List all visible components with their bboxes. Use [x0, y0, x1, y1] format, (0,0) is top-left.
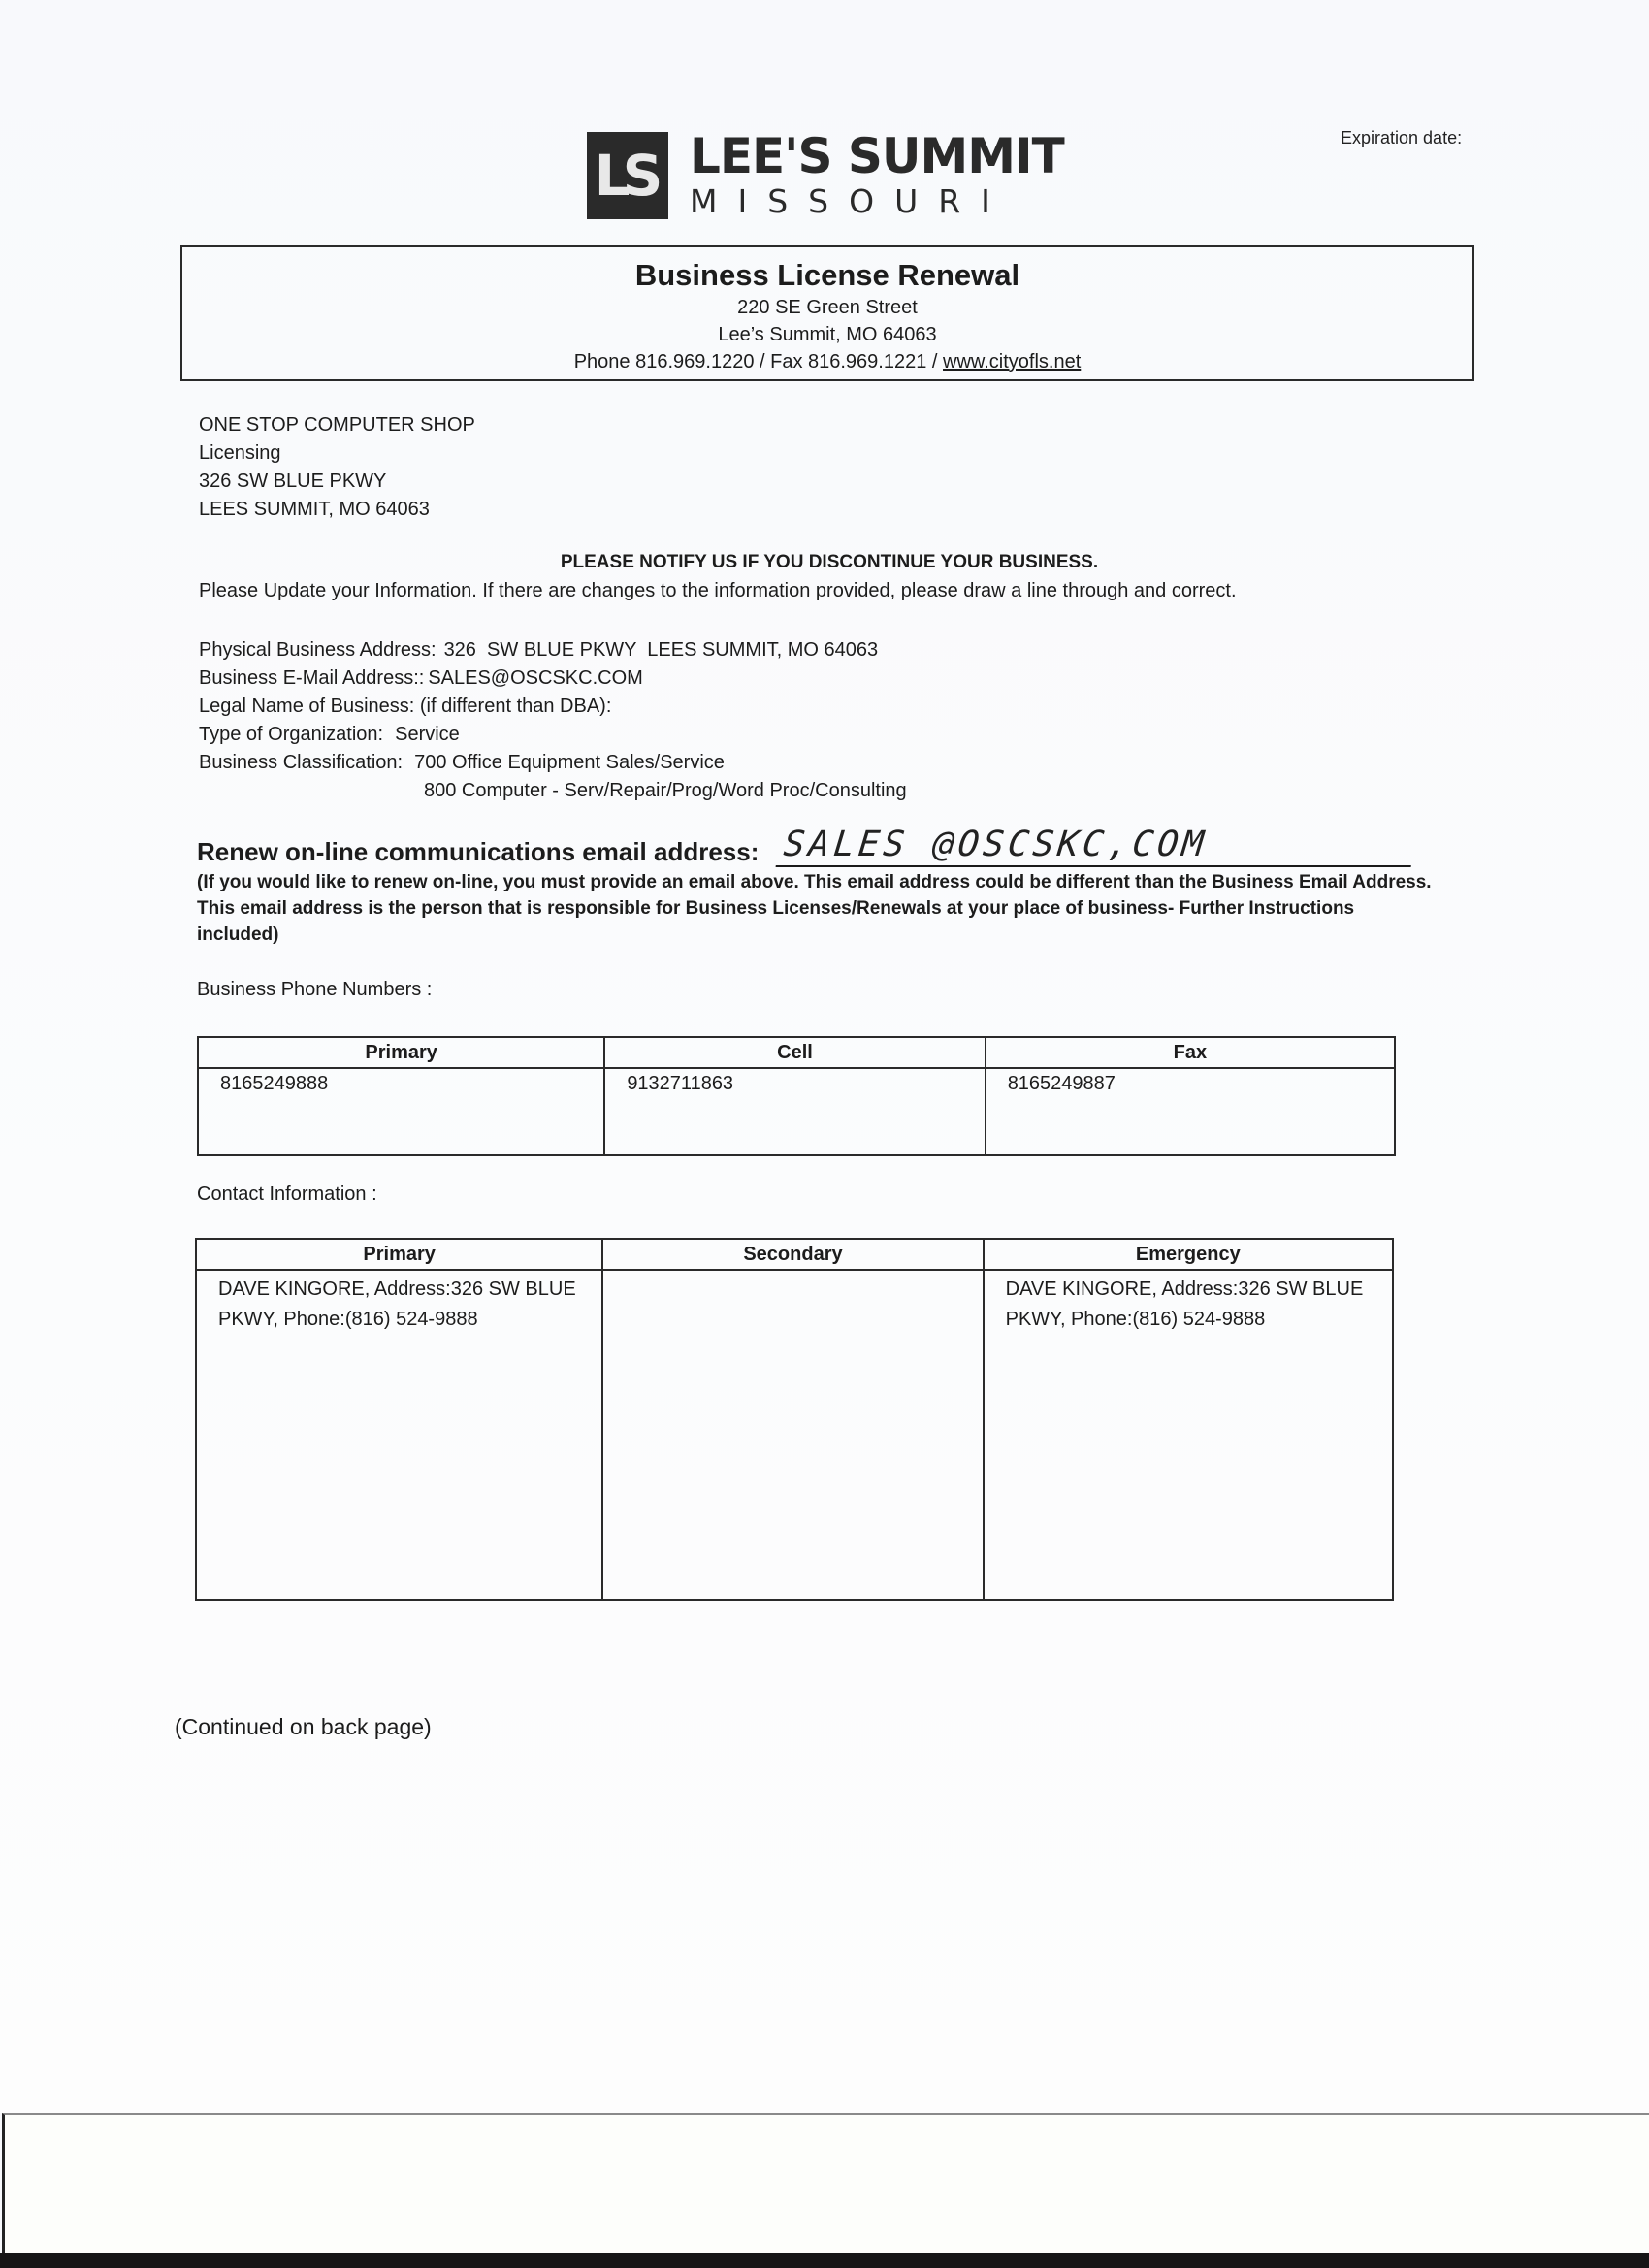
form-title: Business License Renewal [182, 257, 1472, 294]
classification-value-2: 800 Computer - Serv/Repair/Prog/Word Pro… [424, 780, 907, 801]
email-value: SALES@OSCSKC.COM [428, 667, 642, 689]
contact-col-emergency: Emergency [984, 1239, 1393, 1270]
contact-info-label: Contact Information : [197, 1183, 377, 1206]
phone-primary-value: 8165249888 [198, 1068, 604, 1155]
office-phone-fax: Phone 816.969.1220 / Fax 816.969.1221 / [574, 351, 943, 373]
phone-numbers-label: Business Phone Numbers : [197, 979, 432, 1001]
contact-emergency-value: DAVE KINGORE, Address:326 SW BLUE PKWY, … [984, 1270, 1393, 1600]
office-contact-line: Phone 816.969.1220 / Fax 816.969.1221 / … [182, 348, 1472, 375]
continued-note: (Continued on back page) [175, 1714, 432, 1740]
physical-address-row: Physical Business Address:326 SW BLUE PK… [199, 636, 907, 664]
contact-col-primary: Primary [196, 1239, 602, 1270]
scanner-edge [0, 2253, 1649, 2268]
email-label: Business E-Mail Address:: [199, 667, 424, 689]
ls-logo-icon: LS [587, 132, 668, 219]
email-row: Business E-Mail Address::SALES@OSCSKC.CO… [199, 664, 907, 693]
attention-line: Licensing [199, 439, 475, 468]
table-row: 8165249888 9132711863 8165249887 [198, 1068, 1395, 1155]
phone-col-cell: Cell [604, 1037, 985, 1068]
logo-subtitle: MISSOURI [690, 183, 1064, 220]
phone-cell-value: 9132711863 [604, 1068, 985, 1155]
update-instructions: Please Update your Information. If there… [199, 580, 1237, 602]
scanner-bed-area [2, 2113, 1649, 2258]
renew-email-field[interactable] [776, 823, 1416, 867]
office-address-line2: Lee’s Summit, MO 64063 [182, 321, 1472, 348]
org-type-value: Service [395, 724, 460, 745]
renew-email-note: (If you would like to renew on-line, you… [197, 869, 1439, 948]
table-row: DAVE KINGORE, Address:326 SW BLUE PKWY, … [196, 1270, 1393, 1600]
org-type-row: Type of Organization:Service [199, 721, 907, 749]
contact-primary-value: DAVE KINGORE, Address:326 SW BLUE PKWY, … [196, 1270, 602, 1600]
phone-col-fax: Fax [986, 1037, 1395, 1068]
classification-value-1: 700 Office Equipment Sales/Service [414, 752, 725, 773]
street-line: 326 SW BLUE PKWY [199, 468, 475, 496]
physical-address-value: 326 SW BLUE PKWY LEES SUMMIT, MO 64063 [444, 639, 879, 661]
classification-row: Business Classification:700 Office Equip… [199, 749, 907, 777]
classification-row-2: 800 Computer - Serv/Repair/Prog/Word Pro… [199, 777, 907, 805]
renew-email-label: Renew on-line communications email addre… [197, 837, 759, 867]
physical-address-label: Physical Business Address: [199, 639, 436, 661]
office-address-line1: 220 SE Green Street [182, 294, 1472, 321]
city-state-zip: LEES SUMMIT, MO 64063 [199, 496, 475, 524]
legal-name-label: Legal Name of Business: (if different th… [199, 696, 611, 717]
logo-title: LEE'S SUMMIT [690, 131, 1064, 181]
expiration-date-label: Expiration date: [1341, 128, 1462, 148]
phone-numbers-table: Primary Cell Fax 8165249888 9132711863 8… [197, 1036, 1396, 1156]
discontinue-notice: PLEASE NOTIFY US IF YOU DISCONTINUE YOUR… [0, 552, 1649, 573]
contact-info-table: Primary Secondary Emergency DAVE KINGORE… [195, 1238, 1394, 1601]
classification-label: Business Classification: [199, 752, 403, 773]
city-logo: LS LEE'S SUMMIT MISSOURI [587, 131, 1064, 220]
contact-col-secondary: Secondary [602, 1239, 983, 1270]
contact-secondary-value [602, 1270, 983, 1600]
phone-fax-value: 8165249887 [986, 1068, 1395, 1155]
mailing-address: ONE STOP COMPUTER SHOP Licensing 326 SW … [199, 411, 475, 524]
business-name: ONE STOP COMPUTER SHOP [199, 411, 475, 439]
org-type-label: Type of Organization: [199, 724, 383, 745]
website-link[interactable]: www.cityofls.net [943, 351, 1081, 373]
business-info: Physical Business Address:326 SW BLUE PK… [199, 636, 907, 805]
form-header-box: Business License Renewal 220 SE Green St… [180, 245, 1474, 381]
renew-email-row: Renew on-line communications email addre… [197, 823, 1413, 867]
legal-name-row: Legal Name of Business: (if different th… [199, 693, 907, 721]
phone-col-primary: Primary [198, 1037, 604, 1068]
scanned-page: LS LEE'S SUMMIT MISSOURI Expiration date… [0, 0, 1649, 2113]
